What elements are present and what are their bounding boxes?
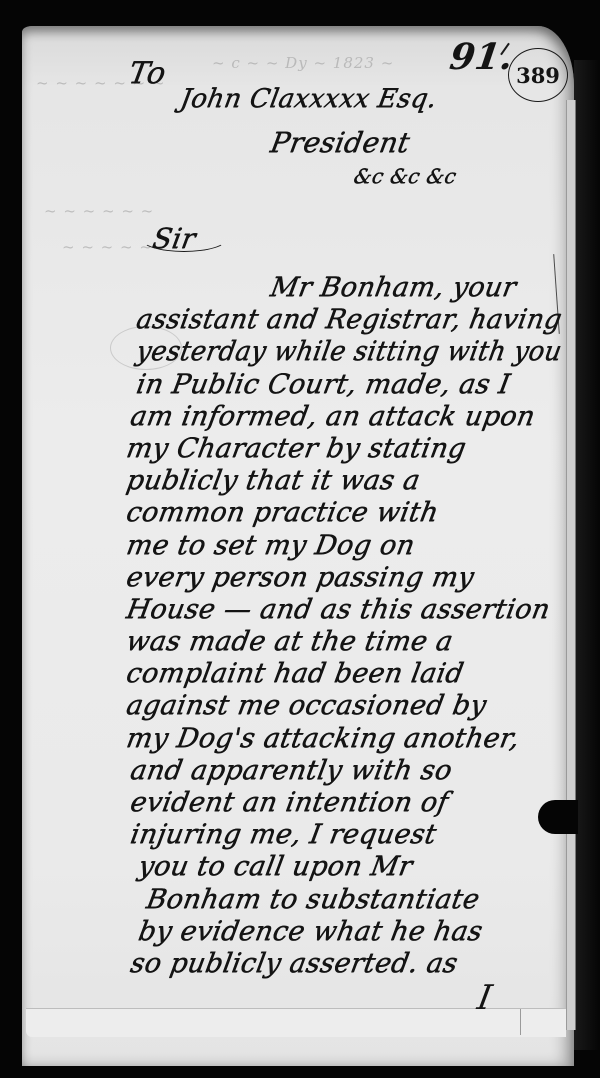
- body-line: you to call upon Mr: [136, 851, 415, 882]
- page-stack-edge: [566, 100, 576, 1030]
- body-line: in Public Court, made, as I: [134, 369, 513, 400]
- body-line: my Dog's attacking another,: [124, 723, 522, 754]
- binding-tab: [538, 800, 578, 834]
- page-number-mark: 91.: [447, 36, 516, 78]
- folio-number: 389: [516, 63, 560, 88]
- body-line: am informed, an attack upon: [128, 401, 537, 432]
- bleed-through-text: ~ ~ ~ ~ ~: [62, 238, 153, 256]
- body-line: Bonham to substantiate: [144, 884, 482, 915]
- body-line: publicly that it was a: [124, 465, 422, 496]
- body-line: House — and as this assertion: [124, 594, 552, 625]
- body-line: against me occasioned by: [124, 690, 489, 721]
- body-line: me to set my Dog on: [124, 530, 417, 561]
- address-title: President: [268, 126, 412, 159]
- body-line: by evidence what he has: [136, 916, 485, 947]
- scanned-image: ~ c ~ ~ Dy ~ 1823 ~ ~ ~ ~ ~ ~ ~ ~ ~ ~ ~ …: [0, 0, 600, 1078]
- body-line: yesterday while sitting with you: [134, 336, 564, 367]
- body-line: so publicly asserted. as: [128, 948, 460, 979]
- body-line: Mr Bonham, your: [268, 272, 519, 303]
- address-subline: &c &c &c: [352, 164, 458, 188]
- body-line: and apparently with so: [128, 755, 454, 786]
- salutation-flourish: [140, 224, 228, 252]
- body-line: injuring me, I request: [128, 819, 439, 850]
- folio-number-stamp: 389: [508, 48, 568, 102]
- body-line: my Character by stating: [124, 433, 468, 464]
- address-to: To: [126, 56, 169, 91]
- bleed-through-text: ~ c ~ ~ Dy ~ 1823 ~: [212, 54, 394, 72]
- address-recipient: John Claxxxxx Esq.: [178, 84, 439, 114]
- body-line: was made at the time a: [124, 626, 455, 657]
- fold-crease: [520, 1009, 521, 1035]
- body-line: every person passing my: [124, 562, 476, 593]
- bleed-through-text: ~ ~ ~ ~ ~ ~: [44, 202, 154, 220]
- body-line: complaint had been laid: [124, 658, 466, 689]
- body-line: common practice with: [124, 497, 441, 528]
- page-right-edge-shadow: [574, 60, 600, 1050]
- body-line: evident an intention of: [128, 787, 451, 818]
- body-line: assistant and Registrar, having: [134, 304, 564, 335]
